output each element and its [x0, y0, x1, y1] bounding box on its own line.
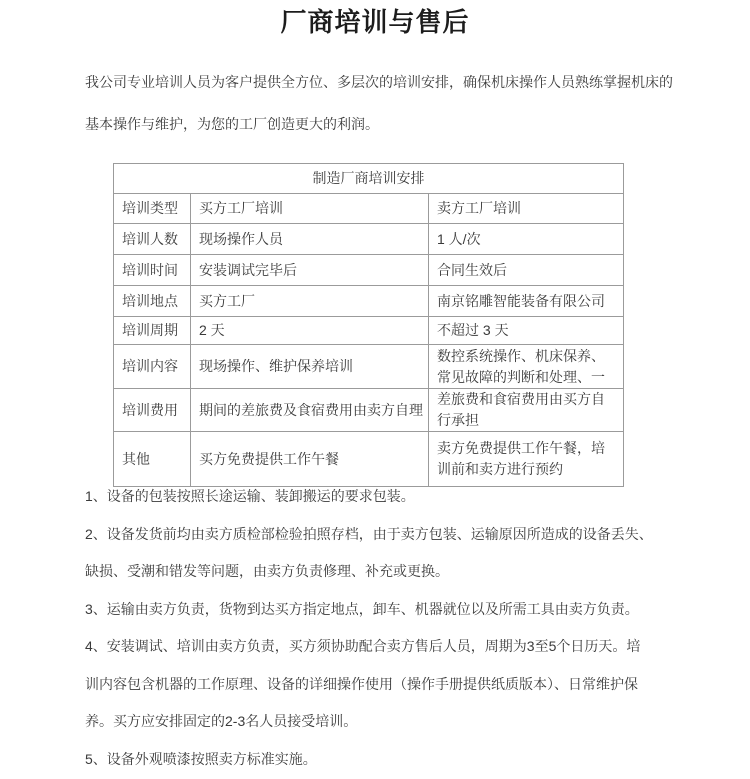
- table-caption: 制造厂商培训安排: [114, 164, 624, 194]
- row-label-cell: 培训人数: [114, 224, 191, 255]
- table-caption-row: 制造厂商培训安排: [114, 164, 624, 194]
- intro-paragraph: 我公司专业培训人员为客户提供全方位、多层次的培训安排，确保机床操作人员熟练掌握机…: [85, 61, 725, 145]
- intro-line: 基本操作与维护，为您的工厂创造更大的利润。: [85, 103, 725, 145]
- term-line: 3、运输由卖方负责，货物到达买方指定地点，卸车、机器就位以及所需工具由卖方负责。: [85, 591, 735, 629]
- buyer-cell: 买方工厂: [191, 286, 429, 317]
- table-row: 培训费用 期间的差旅费及食宿费用由卖方自理 差旅费和食宿费用由买方自行承担: [114, 389, 624, 432]
- row-label-cell: 培训时间: [114, 255, 191, 286]
- seller-cell: 卖方工厂培训: [429, 194, 624, 224]
- term-line: 1、设备的包装按照长途运输、装卸搬运的要求包装。: [85, 478, 735, 516]
- seller-cell: 合同生效后: [429, 255, 624, 286]
- row-label-cell: 培训地点: [114, 286, 191, 317]
- terms-list: 1、设备的包装按照长途运输、装卸搬运的要求包装。 2、设备发货前均由卖方质检部检…: [85, 478, 735, 778]
- term-line: 训内容包含机器的工作原理、设备的详细操作使用（操作手册提供纸质版本）、日常维护保: [85, 666, 735, 704]
- buyer-cell: 安装调试完毕后: [191, 255, 429, 286]
- term-line: 养。买方应安排固定的2-3名人员接受培训。: [85, 703, 735, 741]
- seller-cell: 不超过 3 天: [429, 317, 624, 345]
- buyer-cell: 买方工厂培训: [191, 194, 429, 224]
- seller-cell: 数控系统操作、机床保养、常见故障的判断和处理、一: [429, 345, 624, 389]
- buyer-cell: 现场操作、维护保养培训: [191, 345, 429, 389]
- term-line: 5、设备外观喷漆按照卖方标准实施。: [85, 741, 735, 779]
- buyer-cell: 期间的差旅费及食宿费用由卖方自理: [191, 389, 429, 432]
- buyer-cell: 现场操作人员: [191, 224, 429, 255]
- training-schedule-table: 制造厂商培训安排 培训类型 买方工厂培训 卖方工厂培训 培训人数 现场操作人员 …: [113, 163, 624, 487]
- table-row: 培训内容 现场操作、维护保养培训 数控系统操作、机床保养、常见故障的判断和处理、…: [114, 345, 624, 389]
- document-page: 厂商培训与售后 我公司专业培训人员为客户提供全方位、多层次的培训安排，确保机床操…: [0, 0, 750, 779]
- term-line: 4、安装调试、培训由卖方负责，买方须协助配合卖方售后人员，周期为3至5个日历天。…: [85, 628, 735, 666]
- term-line: 2、设备发货前均由卖方质检部检验拍照存档，由于卖方包装、运输原因所造成的设备丢失…: [85, 516, 735, 554]
- table-row: 培训类型 买方工厂培训 卖方工厂培训: [114, 194, 624, 224]
- page-title: 厂商培训与售后: [0, 6, 750, 38]
- seller-cell: 南京铭雕智能装备有限公司: [429, 286, 624, 317]
- row-label-cell: 培训费用: [114, 389, 191, 432]
- row-label-cell: 培训类型: [114, 194, 191, 224]
- table-row: 培训人数 现场操作人员 1 人/次: [114, 224, 624, 255]
- row-label-cell: 培训周期: [114, 317, 191, 345]
- row-label-cell: 培训内容: [114, 345, 191, 389]
- table-row: 培训周期 2 天 不超过 3 天: [114, 317, 624, 345]
- term-line: 缺损、受潮和错发等问题，由卖方负责修理、补充或更换。: [85, 553, 735, 591]
- seller-cell: 1 人/次: [429, 224, 624, 255]
- intro-line: 我公司专业培训人员为客户提供全方位、多层次的培训安排，确保机床操作人员熟练掌握机…: [85, 61, 725, 103]
- table-row: 培训地点 买方工厂 南京铭雕智能装备有限公司: [114, 286, 624, 317]
- buyer-cell: 2 天: [191, 317, 429, 345]
- seller-cell: 差旅费和食宿费用由买方自行承担: [429, 389, 624, 432]
- table-row: 培训时间 安装调试完毕后 合同生效后: [114, 255, 624, 286]
